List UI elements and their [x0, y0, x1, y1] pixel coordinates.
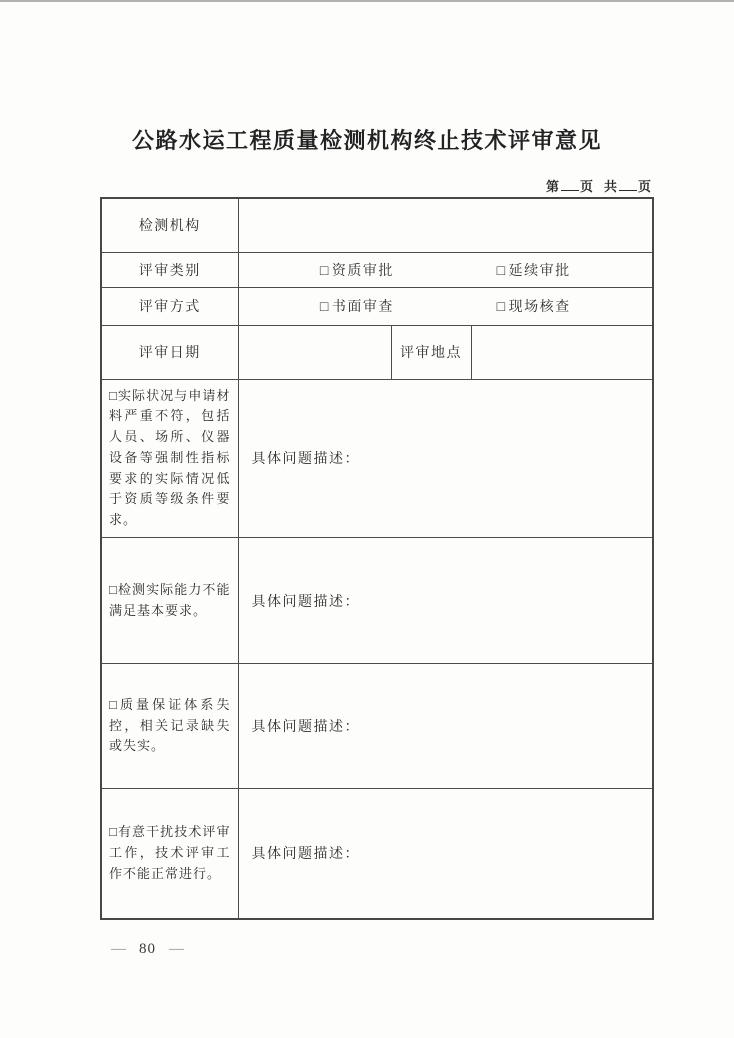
- option-label: 资质审批: [332, 264, 394, 279]
- issue-description-cell: 具体问题描述：: [238, 789, 653, 919]
- review-form-table: 检测机构 评审类别 □资质审批 □延续审批 评审方式 □书面审查 □现场核查: [100, 197, 654, 920]
- date-value-cell: [238, 325, 391, 379]
- description-label: 具体问题描述：: [252, 720, 361, 735]
- row-date-location: 评审日期 评审地点: [101, 325, 653, 379]
- checkbox-icon: □: [109, 582, 118, 597]
- description-label: 具体问题描述：: [252, 595, 361, 610]
- category-label: 评审类别: [101, 252, 238, 287]
- page-counter-ye2: 页: [638, 179, 652, 194]
- issue-statement: □检测实际能力不能满足基本要求。: [109, 580, 231, 622]
- footer-dash-left: —: [111, 941, 126, 958]
- checkbox-icon: □: [109, 697, 120, 712]
- page-title: 公路水运工程质量检测机构终止技术评审意见: [0, 124, 734, 155]
- method-options-cell: □书面审查 □现场核查: [238, 287, 653, 325]
- issue-text: 有意干扰技术评审工作，技术评审工作不能正常进行。: [109, 824, 231, 881]
- page-counter-gong: 共: [604, 179, 618, 194]
- issue-statement-cell: □实际状况与申请材料严重不符，包括人员、场所、仪器设备等强制性指标要求的实际情况…: [101, 379, 238, 538]
- issue-description-cell: 具体问题描述：: [238, 379, 653, 538]
- row-institution: 检测机构: [101, 198, 653, 252]
- checkbox-icon: □: [109, 388, 118, 403]
- location-label: 评审地点: [391, 325, 471, 379]
- option-label: 现场核查: [509, 300, 571, 315]
- option-label: 书面审查: [332, 300, 394, 315]
- description-label: 具体问题描述：: [252, 452, 361, 467]
- checkbox-icon: □: [497, 300, 507, 315]
- issue-statement-cell: □质量保证体系失控，相关记录缺失或失实。: [101, 664, 238, 789]
- footer-page-number: — 80 —: [111, 941, 184, 958]
- issue-text: 实际状况与申请材料严重不符，包括人员、场所、仪器设备等强制性指标要求的实际情况低…: [109, 388, 231, 528]
- row-method: 评审方式 □书面审查 □现场核查: [101, 287, 653, 325]
- issue-description-cell: 具体问题描述：: [238, 538, 653, 664]
- method-options: □书面审查 □现场核查: [269, 296, 623, 316]
- issue-description-cell: 具体问题描述：: [238, 664, 653, 789]
- issue-text: 检测实际能力不能满足基本要求。: [109, 582, 231, 618]
- row-issue-mismatch: □实际状况与申请材料严重不符，包括人员、场所、仪器设备等强制性指标要求的实际情况…: [101, 379, 653, 538]
- page-counter-di: 第: [546, 179, 560, 194]
- method-label: 评审方式: [101, 287, 238, 325]
- total-pages-blank: [619, 178, 637, 191]
- issue-statement: □质量保证体系失控，相关记录缺失或失实。: [109, 695, 231, 757]
- option-written-review: □书面审查: [269, 296, 446, 316]
- option-qualification-approval: □资质审批: [269, 260, 446, 280]
- scanned-document-page: 公路水运工程质量检测机构终止技术评审意见 第页共页 检测机构 评审类别 □资质审…: [0, 0, 734, 1038]
- row-issue-quality-system: □质量保证体系失控，相关记录缺失或失实。 具体问题描述：: [101, 664, 653, 789]
- checkbox-icon: □: [320, 264, 330, 279]
- page-number-blank: [561, 178, 579, 191]
- option-onsite-verification: □现场核查: [445, 296, 622, 316]
- option-continuation-approval: □延续审批: [445, 260, 622, 280]
- issue-statement-cell: □有意干扰技术评审工作，技术评审工作不能正常进行。: [101, 789, 238, 919]
- institution-label: 检测机构: [101, 198, 238, 252]
- page-counter-ye1: 页: [580, 179, 594, 194]
- row-category: 评审类别 □资质审批 □延续审批: [101, 252, 653, 287]
- category-options: □资质审批 □延续审批: [269, 260, 623, 280]
- checkbox-icon: □: [497, 264, 507, 279]
- issue-text: 质量保证体系失控，相关记录缺失或失实。: [109, 697, 231, 754]
- category-options-cell: □资质审批 □延续审批: [238, 252, 653, 287]
- description-label: 具体问题描述：: [252, 847, 361, 862]
- issue-statement: □有意干扰技术评审工作，技术评审工作不能正常进行。: [109, 822, 231, 884]
- footer-dash-right: —: [169, 941, 184, 958]
- location-value-cell: [471, 325, 653, 379]
- checkbox-icon: □: [320, 300, 330, 315]
- institution-value-cell: [238, 198, 653, 252]
- issue-statement: □实际状况与申请材料严重不符，包括人员、场所、仪器设备等强制性指标要求的实际情况…: [109, 386, 231, 532]
- issue-statement-cell: □检测实际能力不能满足基本要求。: [101, 538, 238, 664]
- row-issue-capability: □检测实际能力不能满足基本要求。 具体问题描述：: [101, 538, 653, 664]
- page-counter: 第页共页: [100, 176, 652, 195]
- footer-number: 80: [139, 941, 156, 958]
- scan-top-edge: [0, 0, 734, 2]
- option-label: 延续审批: [509, 264, 571, 279]
- row-issue-interference: □有意干扰技术评审工作，技术评审工作不能正常进行。 具体问题描述：: [101, 789, 653, 919]
- checkbox-icon: □: [109, 824, 118, 839]
- date-label: 评审日期: [101, 325, 238, 379]
